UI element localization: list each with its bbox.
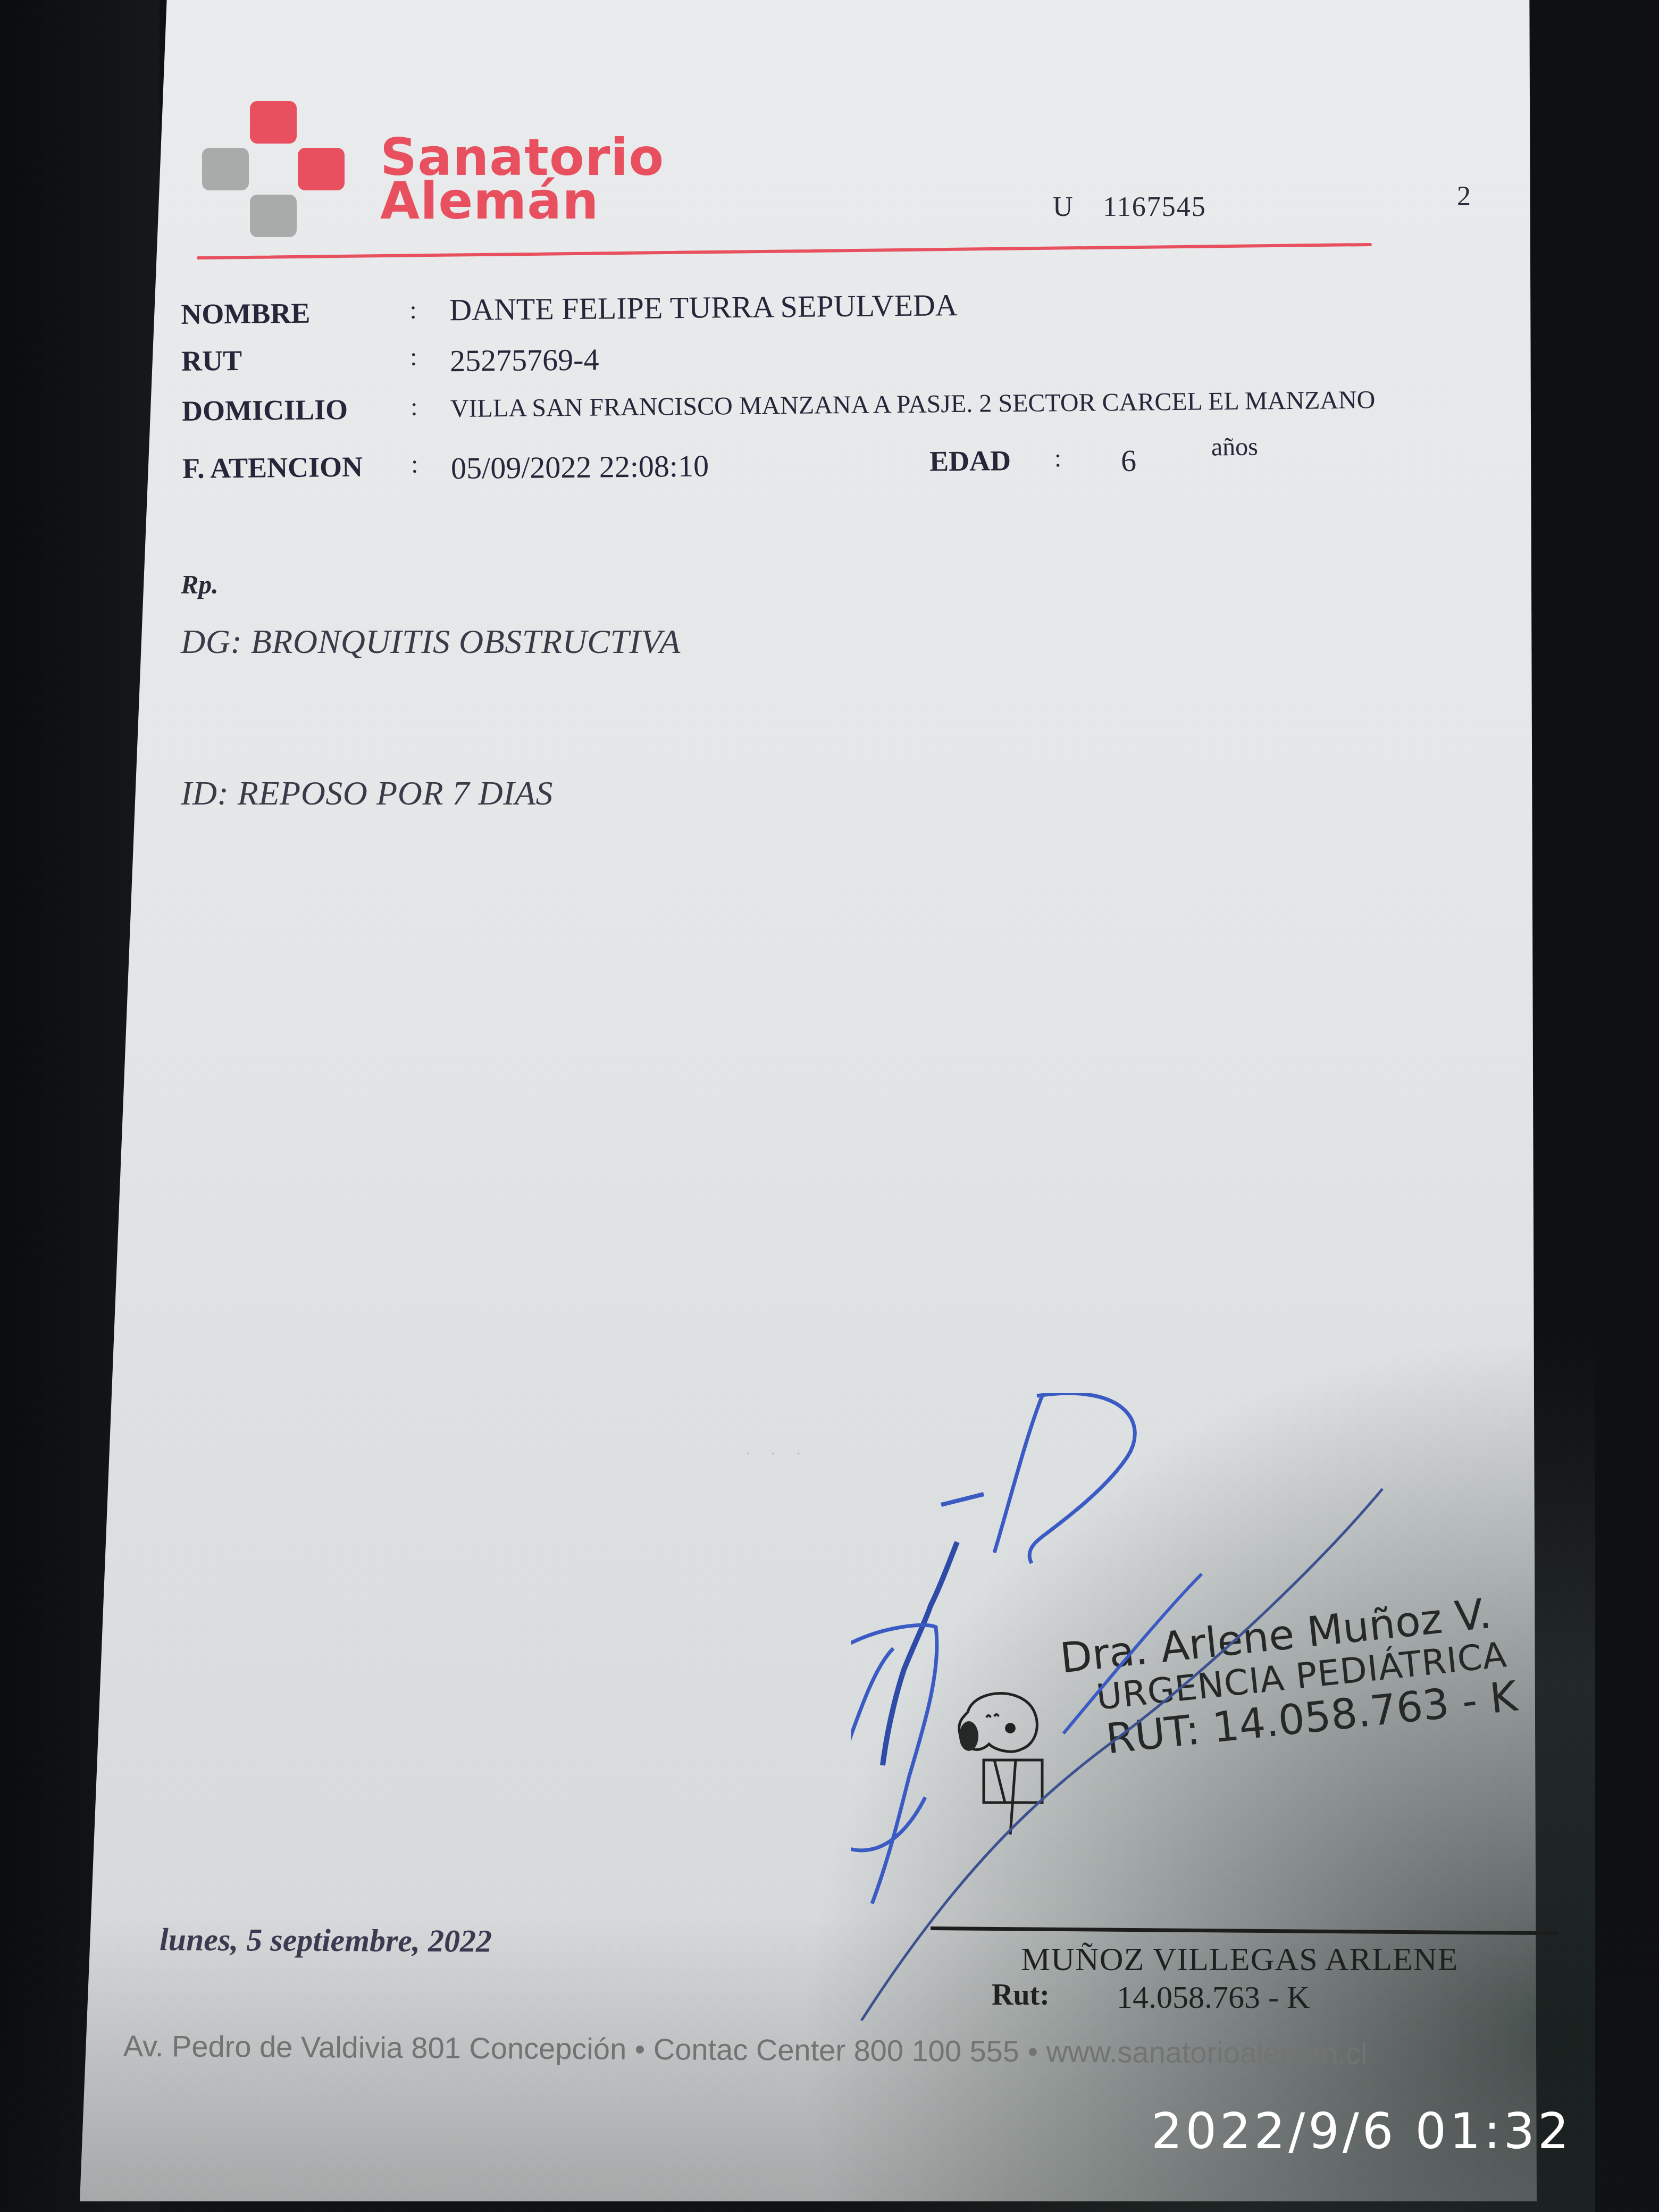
age-unit: años bbox=[1211, 432, 1259, 462]
field-colon: : bbox=[411, 450, 418, 479]
signer-name: MUÑOZ VILLEGAS ARLENE bbox=[1021, 1941, 1458, 1979]
field-label: DOMICILIO bbox=[182, 393, 348, 428]
photo-timestamp: 2022/9/6 01:32 bbox=[1151, 2103, 1572, 2160]
attention-datetime: 05/09/2022 22:08:10 bbox=[451, 448, 709, 486]
faint-impression: · · · bbox=[744, 1441, 808, 1466]
diagnosis: DG: BRONQUITIS OBSTRUCTIVA bbox=[181, 622, 681, 661]
indication: ID: REPOSO POR 7 DIAS bbox=[181, 774, 553, 813]
document-number: U1167545 bbox=[1053, 191, 1206, 223]
issue-date: lunes, 5 septiembre, 2022 bbox=[160, 1921, 492, 1959]
rp-label: Rp. bbox=[181, 569, 219, 600]
field-colon: : bbox=[409, 296, 417, 325]
field-label: F. ATENCION bbox=[182, 450, 363, 485]
medical-cross-squares-icon bbox=[202, 101, 351, 239]
patient-rut: 25275769-4 bbox=[450, 341, 599, 379]
signer-rut-label: Rut: bbox=[992, 1978, 1050, 2012]
patient-name: DANTE FELIPE TURRA SEPULVEDA bbox=[449, 287, 958, 328]
signer-rut: 14.058.763 - K bbox=[1117, 1979, 1310, 2016]
field-colon: : bbox=[1054, 443, 1062, 473]
field-colon: : bbox=[410, 342, 417, 372]
field-label: NOMBRE bbox=[181, 297, 311, 331]
age-value: 6 bbox=[1121, 443, 1137, 479]
page-number: 2 bbox=[1457, 181, 1471, 212]
document-number-prefix: U bbox=[1053, 192, 1074, 222]
document-number-value: 1167545 bbox=[1103, 192, 1206, 222]
field-colon: : bbox=[410, 392, 418, 422]
age-label: EDAD bbox=[929, 444, 1011, 477]
field-label: RUT bbox=[181, 344, 242, 378]
brand-name: Sanatorio Alemán bbox=[380, 136, 664, 223]
